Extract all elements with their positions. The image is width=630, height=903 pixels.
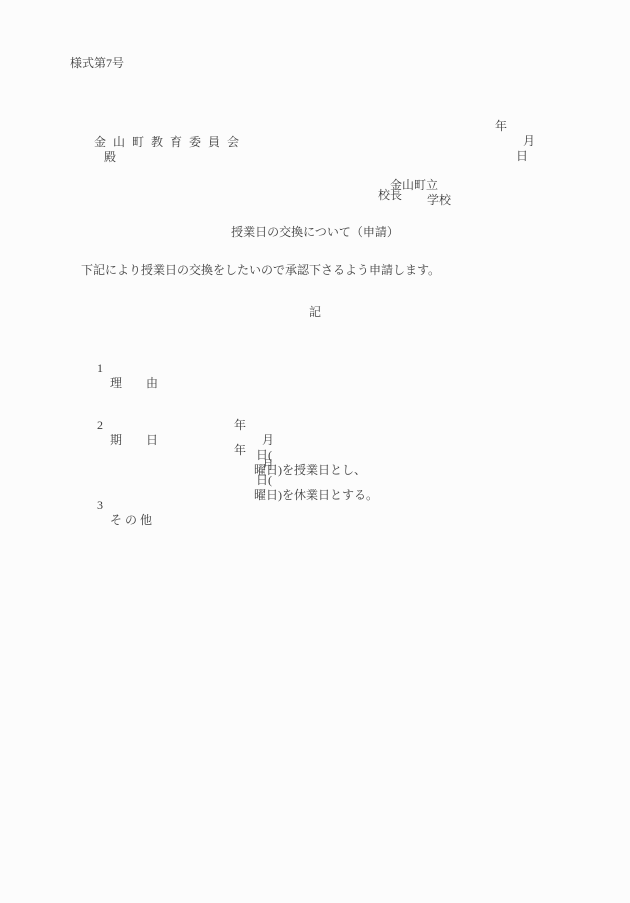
recipient-honorific: 殿 — [104, 150, 116, 164]
item-date-number: 2 — [97, 418, 103, 432]
item-other-number: 3 — [97, 498, 103, 512]
item-other-label: そ の 他 — [110, 513, 152, 527]
item-reason-label: 理 由 — [110, 376, 158, 390]
date-month-label: 月 — [523, 134, 535, 148]
date-line: 年 月 日 — [483, 104, 535, 179]
document-title: 授業日の交換について（申請） — [0, 225, 630, 240]
recipient-line: 金山町教育委員会 殿 — [82, 120, 246, 180]
item-reason: 1 理 由 — [85, 346, 158, 406]
item-date: 2 期 日 — [85, 403, 158, 463]
record-marker: 記 — [0, 305, 630, 320]
form-number: 様式第7号 — [70, 56, 124, 71]
fill-day-label-2: 日( — [256, 473, 272, 487]
item-date-label: 期 日 — [110, 433, 158, 447]
fill-month-label-2: 月 — [262, 458, 274, 472]
application-body-text: 下記により授業日の交換をしたいので承認下さるよう申請します。 — [81, 263, 440, 278]
item-other: 3 そ の 他 — [85, 483, 152, 543]
recipient-name: 金山町教育委員会 — [94, 135, 246, 149]
school-suffix: 学校 — [427, 193, 451, 207]
principal-title: 校長 — [378, 188, 402, 203]
item-reason-number: 1 — [97, 361, 103, 375]
date-day-label: 日 — [516, 149, 528, 163]
fill-weekday-text-2: 曜日)を休業日とする。 — [254, 488, 378, 502]
date-year-label: 年 — [495, 119, 507, 133]
fill-year-label-2: 年 — [234, 443, 246, 457]
date-fill-line-holiday: 年 月 日( 曜日)を休業日とする。 — [222, 428, 378, 518]
document-page: 様式第7号 年 月 日 金山町教育委員会 殿 金山町立 学校 校長 授業日の交換… — [0, 0, 630, 903]
